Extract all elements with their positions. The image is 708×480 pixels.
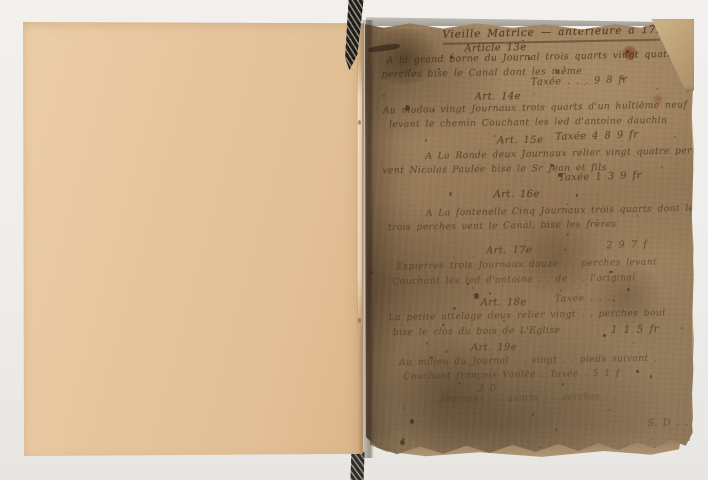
manuscript-line: bise le clos du bois de L'Eglise — [393, 325, 561, 338]
manuscript-line: trois perches vent le Canal, bise les fr… — [388, 219, 617, 234]
manuscript-line: A la grand borne du Journal trois quarts… — [386, 49, 678, 67]
article-19-heading: Art. 19e — [471, 342, 517, 353]
taxe-value: Taxée 4 8 9 fr — [555, 130, 638, 143]
article-18-heading: Art. 18e — [481, 297, 527, 308]
manuscript-page: Vieille Matrice — antérieure à 1790Artic… — [364, 19, 694, 459]
manuscript-line: 2 0 — [477, 383, 496, 394]
manuscript-line: S. D . . — [648, 417, 689, 429]
manuscript-line: . . . . . . . . — [413, 407, 476, 418]
manuscript-line: Au milieu du Journal . . vingt . . pieds… — [399, 352, 666, 368]
taxe-value: 1 1 5 fr — [611, 323, 659, 336]
left-blank-flyleaf — [23, 22, 364, 456]
manuscript-line: Au modou vingt Journaux trois quarts d'u… — [383, 99, 708, 116]
taxe-value: 2 9 7 f — [606, 239, 647, 251]
taxe-value: Taxée . . . 9 8 fr — [531, 74, 628, 88]
taxe-value: Taxée 1 3 9 fr — [558, 170, 642, 183]
manuscript-line: . . Journaux . . quarts . . perches . . — [423, 392, 617, 405]
article-16-heading: Art. 16e — [494, 189, 540, 200]
manuscript-line: Espierres trois Journaux douze . . perch… — [396, 257, 657, 273]
manuscript-line: A La fontenelle Cinq Journaux trois quar… — [426, 202, 708, 219]
article-17-heading: Art. 17e — [486, 245, 532, 256]
taxe-value: Couchant françois Vanlée . Taxée . 5 1 f — [403, 368, 620, 382]
manuscript-lines: Vieille Matrice — antérieure à 1790Artic… — [362, 18, 696, 461]
archival-scan-background: Vieille Matrice — antérieure à 1790Artic… — [0, 0, 708, 480]
manuscript-line: levant le chemin Couchant les led d'anto… — [389, 115, 668, 130]
manuscript-line: Couchant les led d'antoine . . de . . l'… — [392, 272, 635, 287]
article-14-heading: Art. 14e — [475, 91, 521, 102]
gutter-shadow — [358, 20, 374, 458]
manuscript-line: A La Ronde deux Journaux relier vingt qu… — [425, 145, 708, 162]
manuscript-line: La petite attelage deux relier vingt . .… — [389, 307, 667, 323]
article-15-heading: Art. 15e — [497, 135, 543, 146]
taxe-value: Taxée . . . — [554, 292, 611, 304]
